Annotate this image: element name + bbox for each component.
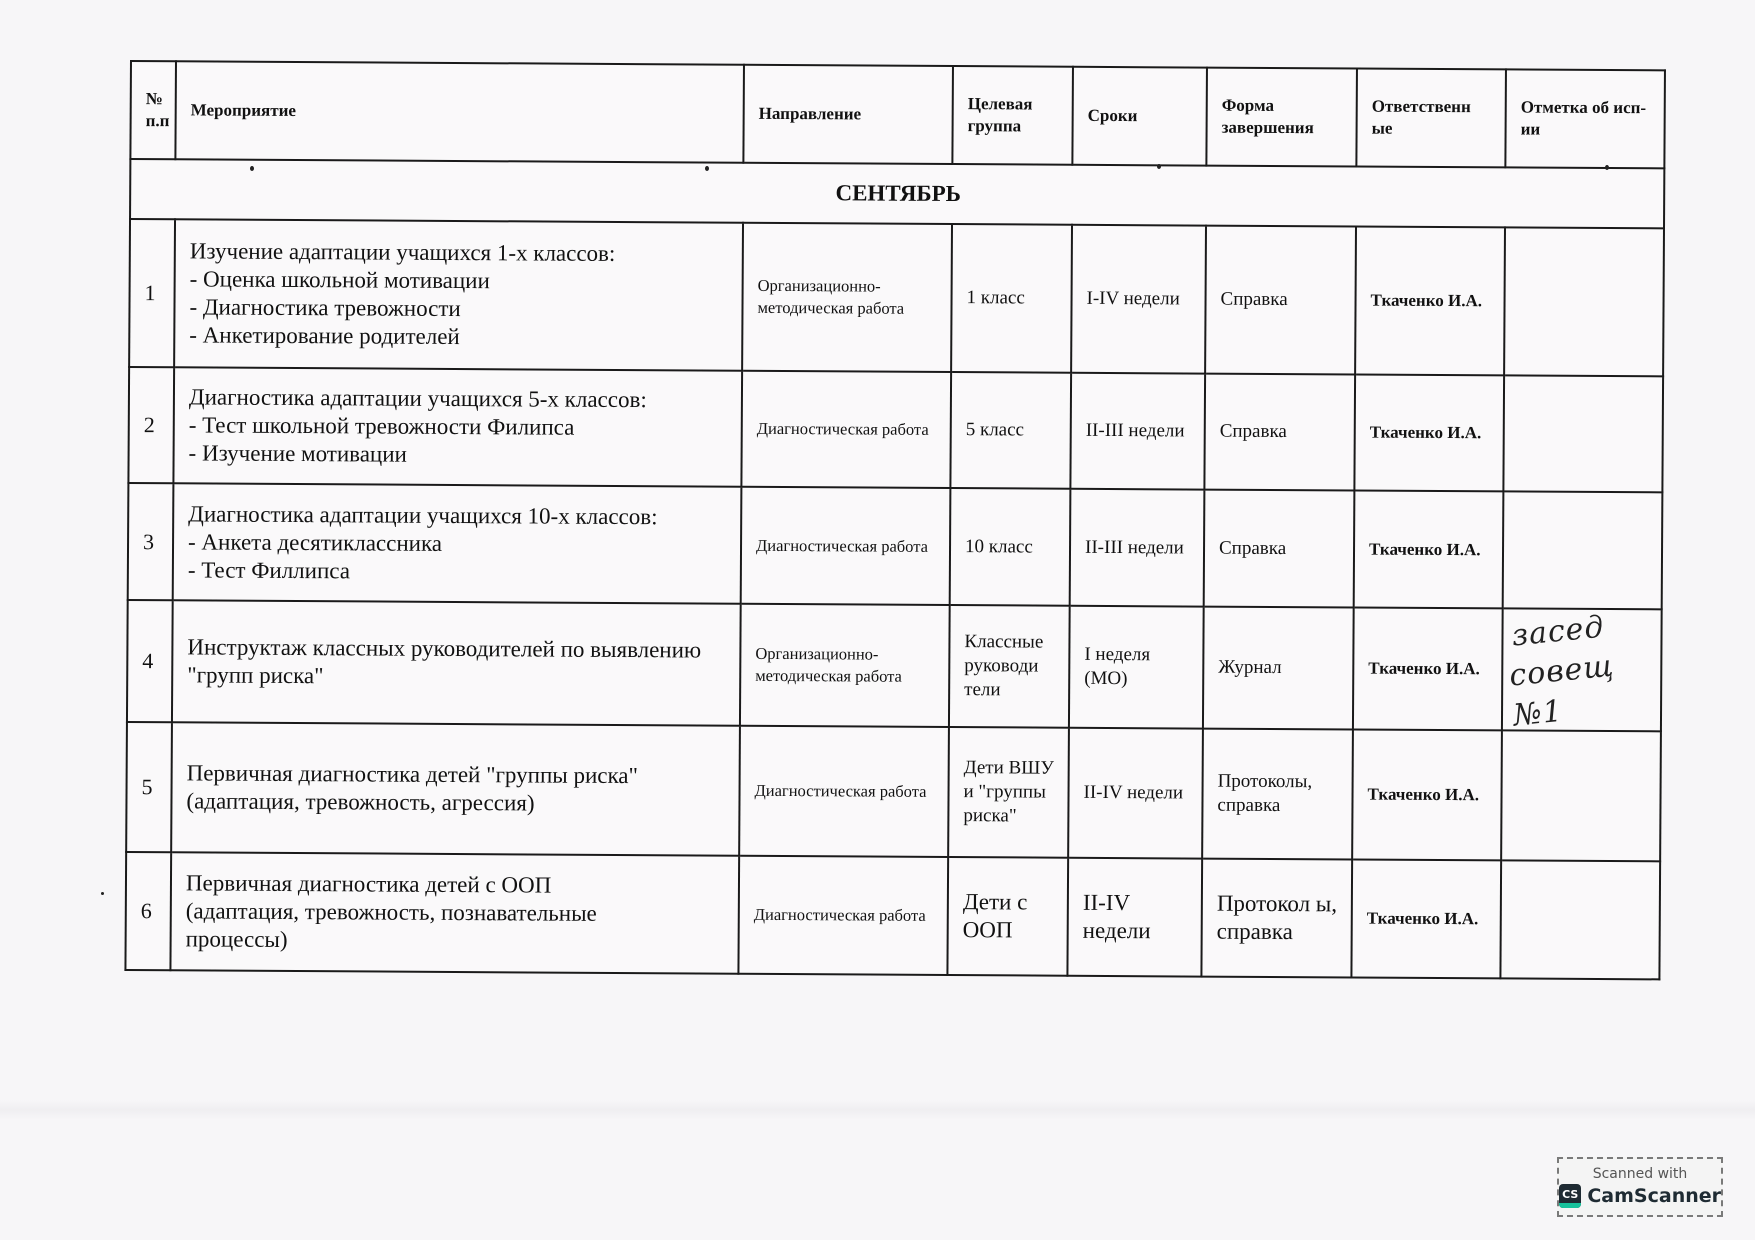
page-shade [0, 1100, 1755, 1120]
event-line: - Диагностика тревожности [189, 293, 729, 324]
completion-form-cell: Журнал [1203, 607, 1354, 730]
camscanner-watermark: Scanned with CS CamScanner [1557, 1157, 1723, 1217]
header-event: Мероприятие [175, 61, 744, 162]
scan-speck [101, 892, 104, 895]
event-line: - Анкетирование родителей [189, 321, 729, 352]
event-line: Инструктаж классных руководителей по выя… [187, 633, 727, 692]
header-completion-mark: Отметка об исп-ии [1505, 69, 1665, 168]
header-direction: Направление [743, 65, 953, 164]
completion-form-cell: Протокол ы, справка [1201, 859, 1352, 978]
terms-cell: I неделя (МО) [1069, 606, 1204, 729]
table-row: 1Изучение адаптации учащихся 1-х классов… [129, 219, 1664, 376]
month-label: СЕНТЯБРЬ [130, 159, 1664, 228]
event-line: Первичная диагностика детей с ООП [186, 869, 726, 900]
event-line: Первичная диагностика детей "группы риск… [187, 759, 727, 790]
completion-mark-cell [1504, 227, 1664, 376]
terms-cell: II-IV недели [1068, 728, 1203, 859]
completion-form-cell: Справка [1204, 374, 1355, 491]
direction-cell: Организационно-методическая работа [740, 604, 950, 727]
header-target-group: Целевая группа [952, 66, 1073, 165]
event-cell: Первичная диагностика детей "группы риск… [171, 722, 740, 855]
table-row: 2Диагностика адаптации учащихся 5-х клас… [128, 367, 1663, 492]
responsible-cell: Ткаченко И.А. [1353, 607, 1503, 730]
header-terms: Сроки [1072, 67, 1207, 166]
completion-form-cell: Справка [1205, 226, 1356, 375]
responsible-cell: Ткаченко И.А. [1355, 226, 1505, 375]
target-group-cell: 10 класс [950, 488, 1071, 606]
header-num: № п.п [130, 61, 176, 159]
target-group-cell: Классные руководи тели [949, 605, 1070, 728]
terms-cell: II-IV недели [1067, 858, 1202, 977]
completion-mark-cell [1501, 730, 1661, 861]
completion-mark-cell [1503, 375, 1663, 492]
event-cell: Инструктаж классных руководителей по выя… [172, 600, 741, 725]
direction-cell: Диагностическая работа [738, 856, 948, 975]
event-line: - Анкета десятиклассника [188, 528, 728, 559]
event-line: Диагностика адаптации учащихся 10-х клас… [188, 500, 728, 531]
row-number: 2 [128, 367, 174, 483]
event-line: (адаптация, тревожность, познавательные [186, 897, 726, 928]
event-line: - Тест Филлипса [188, 556, 728, 587]
terms-cell: II-III недели [1070, 373, 1205, 490]
event-line: - Оценка школьной мотивации [190, 265, 730, 296]
header-responsible: Ответственн ые [1356, 68, 1506, 167]
event-cell: Первичная диагностика детей с ООП(адапта… [170, 852, 739, 973]
target-group-cell: 5 класс [950, 372, 1071, 489]
table-row: 4Инструктаж классных руководителей по вы… [127, 600, 1662, 731]
camscanner-logo-icon: CS [1559, 1184, 1581, 1208]
row-number: 3 [128, 483, 174, 600]
month-row: СЕНТЯБРЬ [130, 159, 1664, 228]
scan-speck [705, 166, 709, 171]
table-row: 6Первичная диагностика детей с ООП(адапт… [125, 852, 1660, 979]
target-group-cell: Дети с ООП [947, 857, 1068, 976]
header-completion-form: Форма завершения [1206, 68, 1357, 167]
terms-cell: II-III недели [1070, 489, 1205, 607]
completion-mark-cell [1500, 860, 1660, 979]
scan-speck [1157, 164, 1161, 169]
work-plan-table: № п.п Мероприятие Направление Целевая гр… [124, 60, 1666, 980]
event-line: - Изучение мотивации [189, 439, 729, 470]
completion-form-cell: Протоколы, справка [1202, 729, 1353, 860]
direction-cell: Диагностическая работа [741, 371, 951, 488]
target-group-cell: 1 класс [951, 224, 1072, 373]
event-line: Изучение адаптации учащихся 1-х классов: [190, 237, 730, 268]
event-cell: Диагностика адаптации учащихся 10-х клас… [173, 483, 742, 603]
table-row: 3Диагностика адаптации учащихся 10-х кла… [128, 483, 1663, 609]
scan-speck [1605, 165, 1609, 170]
event-line: Диагностика адаптации учащихся 5-х класс… [189, 383, 729, 414]
direction-cell: Организационно-методическая работа [742, 223, 952, 372]
event-line: процессы) [186, 925, 726, 956]
scan-speck [250, 166, 254, 171]
watermark-brand: CamScanner [1587, 1185, 1721, 1207]
direction-cell: Диагностическая работа [739, 726, 949, 857]
event-line: - Тест школьной тревожности Филипса [189, 411, 729, 442]
direction-cell: Диагностическая работа [741, 487, 951, 605]
table-header-row: № п.п Мероприятие Направление Целевая гр… [130, 61, 1665, 168]
responsible-cell: Ткаченко И.А. [1351, 859, 1501, 978]
row-number: 5 [126, 722, 172, 852]
event-cell: Изучение адаптации учащихся 1-х классов:… [174, 219, 743, 370]
row-number: 6 [125, 852, 171, 970]
responsible-cell: Ткаченко И.А. [1354, 374, 1504, 491]
table-row: 5Первичная диагностика детей "группы рис… [126, 722, 1661, 861]
completion-mark-cell: заседсовещ №1 [1502, 608, 1662, 731]
watermark-caption: Scanned with [1559, 1166, 1721, 1182]
row-number: 1 [129, 219, 175, 367]
row-number: 4 [127, 600, 173, 722]
target-group-cell: Дети ВШУ и "группы риска" [948, 727, 1069, 858]
event-line: (адаптация, тревожность, агрессия) [186, 787, 726, 818]
responsible-cell: Ткаченко И.А. [1354, 490, 1504, 608]
completion-mark-cell [1503, 491, 1663, 609]
event-cell: Диагностика адаптации учащихся 5-х класс… [173, 367, 742, 486]
completion-form-cell: Справка [1204, 490, 1355, 608]
handwritten-note: совещ №1 [1508, 643, 1652, 736]
responsible-cell: Ткаченко И.А. [1352, 729, 1502, 860]
terms-cell: I-IV недели [1071, 225, 1206, 374]
